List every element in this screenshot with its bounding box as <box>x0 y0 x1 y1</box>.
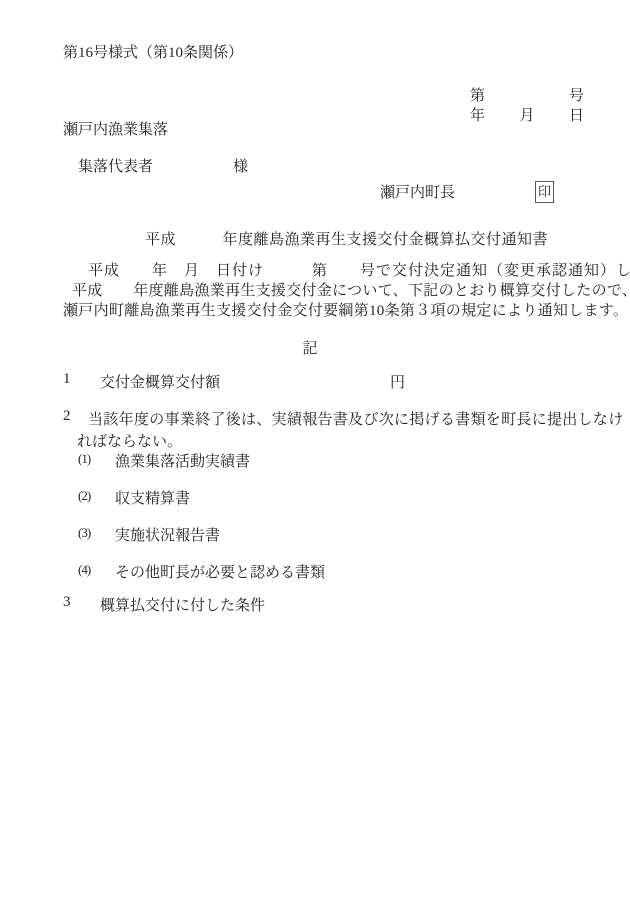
seal-stamp-box: 印 <box>535 181 554 203</box>
item2-sub3-label: 実施状況報告書 <box>115 524 220 545</box>
item3-number: 3 <box>63 594 71 611</box>
item2-sub3-number: (3) <box>78 525 90 541</box>
recipient-name-line: 瀬戸内漁業集落 <box>63 121 168 139</box>
body-paragraph: 平成 年 月 日付け 第 号で交付決定通知（変更承認通知）した 平成 年度離島漁… <box>63 261 587 321</box>
sender-name: 瀬戸内町長 <box>380 184 455 202</box>
item2-sub4-label: その他町長が必要と認める書類 <box>115 561 325 582</box>
seal-character: 印 <box>538 184 551 199</box>
date-line: 年 月 日 <box>470 104 584 125</box>
item2-sub1-number: (1) <box>78 451 90 467</box>
item2-number: 2 <box>63 408 71 425</box>
recipient-representative-label: 集落代表者 <box>78 159 153 175</box>
item1-currency-unit: 円 <box>390 371 405 392</box>
item2-sub4-number: (4) <box>78 562 90 578</box>
item2-sub2-label: 収支精算書 <box>115 487 190 508</box>
ki-section-marker: 記 <box>0 337 620 358</box>
recipient-representative-line: 集落代表者様 <box>63 140 248 194</box>
date-month-label: 月 <box>519 104 534 125</box>
doc-number-line: 第 号 <box>470 84 584 105</box>
doc-number-suffix: 号 <box>569 84 584 105</box>
item1-number: 1 <box>63 371 71 388</box>
doc-number-prefix: 第 <box>470 84 485 105</box>
document-page: 第16号様式（第10条関係） 第 号 年 月 日 瀬戸内漁業集落 集落代表者様 … <box>0 0 630 903</box>
item2-line-2: ればならない。 <box>77 430 182 451</box>
document-title: 平成 年度離島漁業再生支援交付金概算払交付通知書 <box>145 228 548 249</box>
item3-label: 概算払交付に付した条件 <box>100 594 265 615</box>
form-number-line: 第16号様式（第10条関係） <box>63 44 243 62</box>
item2-line-1: 当該年度の事業終了後は、実績報告書及び次に掲げる書類を町長に提出しなけ <box>88 408 624 429</box>
recipient-honorific: 様 <box>233 159 248 175</box>
item1-label: 交付金概算交付額 <box>100 371 220 392</box>
item2-sub1-label: 漁業集落活動実績書 <box>115 450 250 471</box>
date-day-label: 日 <box>569 104 584 125</box>
item2-sub2-number: (2) <box>78 488 90 504</box>
date-year-label: 年 <box>470 104 485 125</box>
body-line-3: 瀬戸内町離島漁業再生支援交付金交付要綱第10条第３項の規定により通知します。 <box>63 301 587 321</box>
body-line-2: 平成 年度離島漁業再生支援交付金について、下記のとおり概算交付したので、 <box>63 281 587 301</box>
body-line-1: 平成 年 月 日付け 第 号で交付決定通知（変更承認通知）した <box>63 261 587 281</box>
